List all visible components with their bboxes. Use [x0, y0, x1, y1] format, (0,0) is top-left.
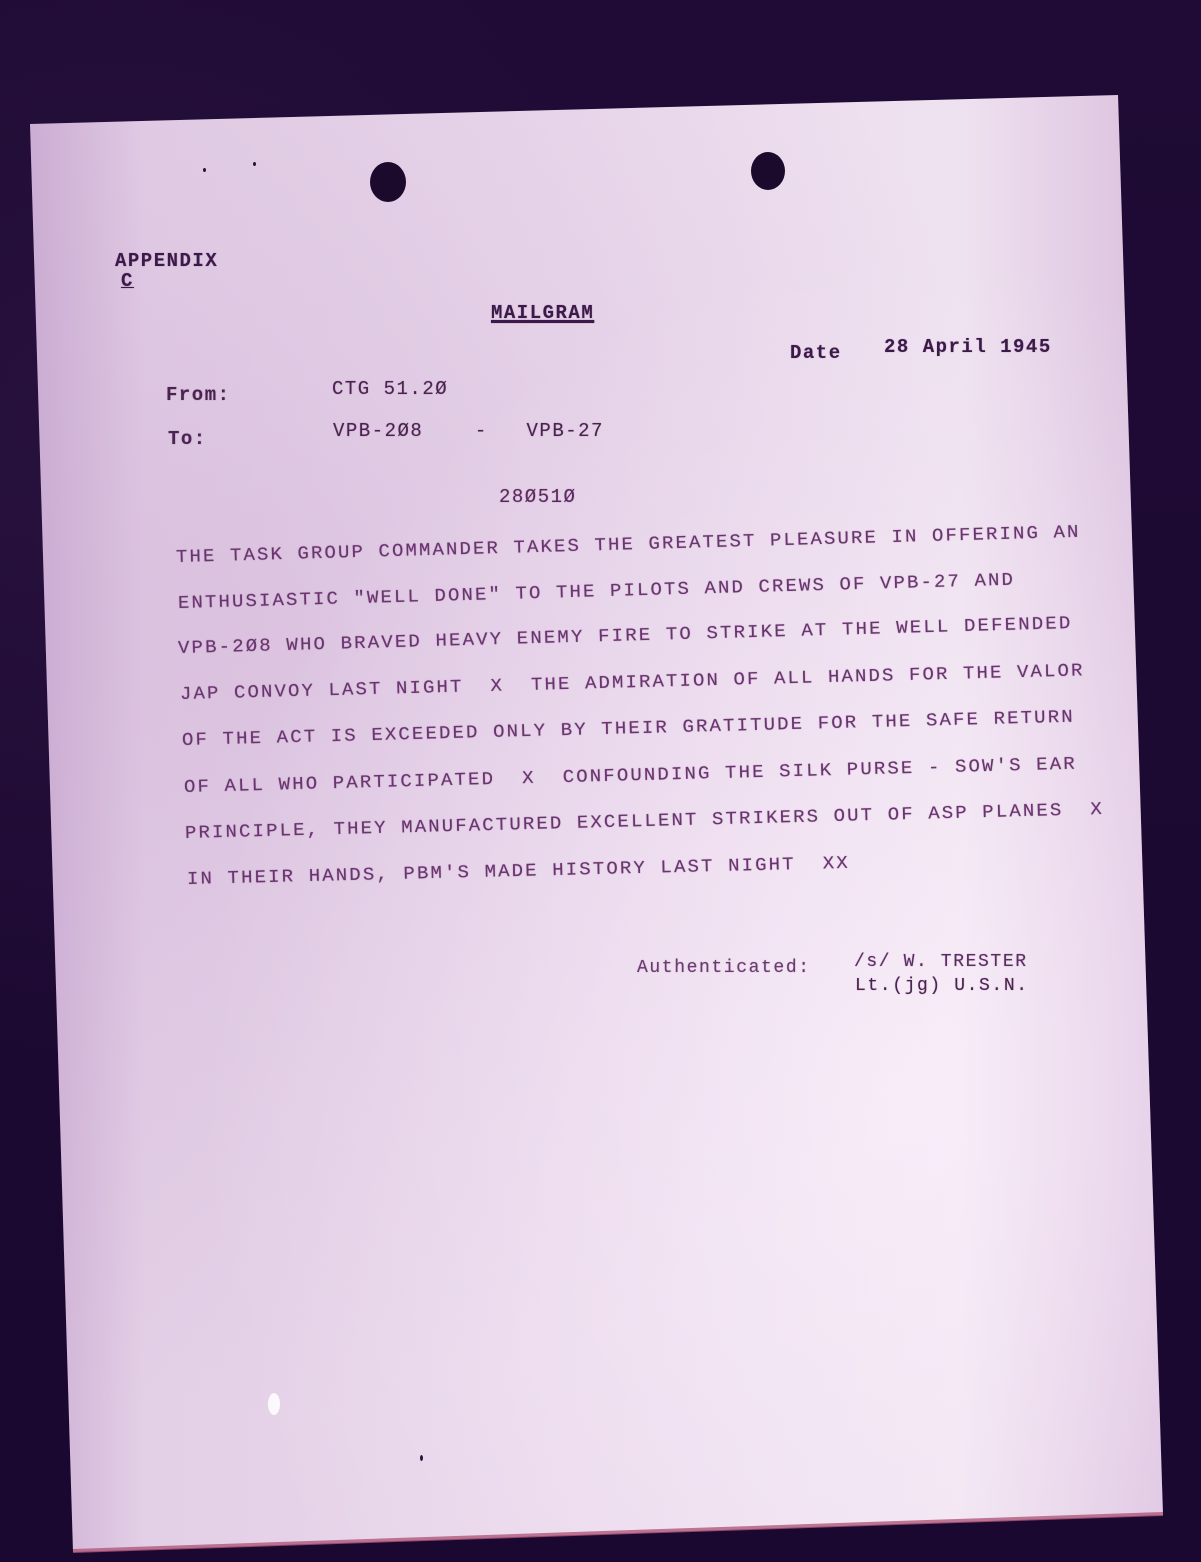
speck: [253, 162, 256, 166]
from-label: From:: [166, 384, 231, 406]
film-glare: [268, 1393, 280, 1415]
date-label: Date: [790, 342, 842, 364]
signatory-rank: Lt.(jg) U.S.N.: [855, 976, 1029, 996]
appendix-letter: C: [121, 270, 134, 292]
speck: [203, 168, 206, 172]
from-value: CTG 51.2Ø: [332, 378, 448, 400]
punch-hole-right: [751, 152, 785, 190]
document-title: MAILGRAM: [491, 302, 594, 324]
punch-hole-left: [370, 162, 406, 202]
authenticated-label: Authenticated:: [637, 958, 811, 978]
to-label: To:: [168, 428, 207, 450]
speck: [420, 1455, 423, 1461]
date-time-group: 28Ø51Ø: [499, 486, 576, 508]
signature: /s/ W. TRESTER: [854, 952, 1028, 972]
to-value: VPB-2Ø8 - VPB-27: [333, 420, 604, 442]
appendix-label: APPENDIX: [115, 250, 218, 272]
date-value: 28 April 1945: [884, 336, 1052, 358]
